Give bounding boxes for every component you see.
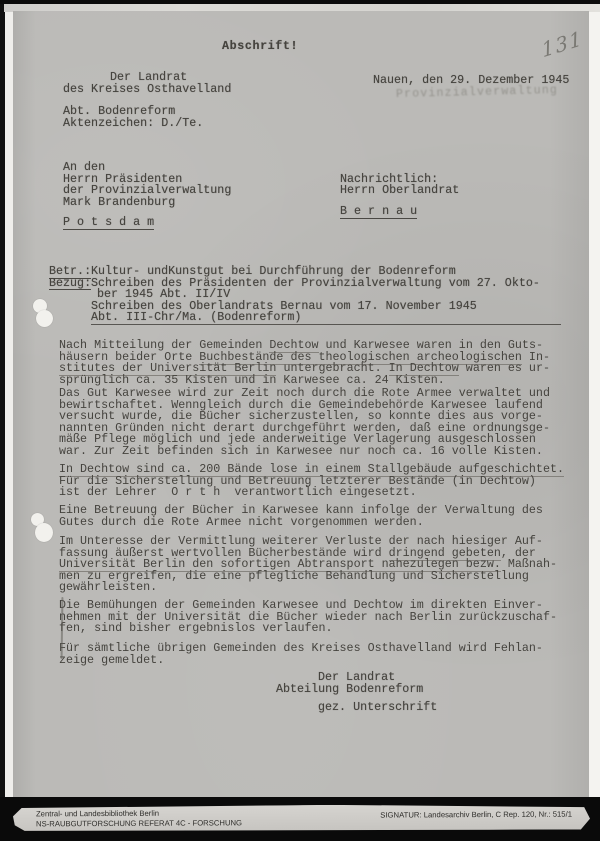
- cc-name: Herrn Oberlandrat: [340, 185, 459, 197]
- body-line: Gutes durch die Rote Armee nicht vorgeno…: [59, 517, 543, 529]
- cc-city: B e r n a u: [340, 206, 417, 219]
- sender-district: des Kreises Osthavelland: [63, 84, 231, 96]
- paragraph: Nach Mitteilung der Gemeinden Dechtow un…: [59, 340, 550, 386]
- body-line: fen, sind bisher ergebnislos verlaufen.: [59, 623, 557, 635]
- recipient-city: P o t s d a m: [63, 217, 154, 230]
- archive-footer-strip: Zentral- und Landesbibliothek Berlin NS-…: [13, 803, 590, 832]
- footer-department: NS-RAUBGUTFORSCHUNG REFERAT 4C - FORSCHU…: [36, 818, 242, 829]
- archive-footer-bar: Zentral- und Landesbibliothek Berlin NS-…: [0, 797, 600, 841]
- footer-signature-reference: SIGNATUR: Landesarchiv Berlin, C Rep. 12…: [380, 810, 572, 820]
- paragraph: Die Bemühungen der Gemeinden Karwesee un…: [59, 600, 557, 635]
- body-line: war. Zur Zeit befinden sich in Karwesee …: [59, 446, 550, 458]
- subject-bezug-line: Abt. III-Chr/Ma. (Bodenreform): [91, 312, 301, 324]
- typed-layer: Abschrift! Der Landrat des Kreises Ostha…: [0, 0, 600, 841]
- recipient-line: Mark Brandenburg: [63, 197, 175, 209]
- signature-department: Abteilung Bodenreform: [276, 684, 423, 696]
- paragraph: In Dechtow sind ca. 200 Bände lose in ei…: [59, 464, 564, 499]
- body-line: zeige gemeldet.: [59, 655, 543, 667]
- body-line: sprünglich ca. 35 Kisten und in Karwesee…: [59, 375, 550, 387]
- sender-file-reference: Aktenzeichen: D./Te.: [63, 118, 203, 130]
- scan-edge-top: [0, 0, 600, 4]
- document-heading: Abschrift!: [222, 41, 298, 53]
- body-line: ist der Lehrer O r t h verantwortlich ei…: [59, 487, 564, 499]
- paragraph: Eine Betreuung der Bücher in Karwesee ka…: [59, 505, 543, 528]
- paragraph: Im Unteresse der Vermittlung weiterer Ve…: [59, 536, 557, 594]
- subject-separator-rule: [91, 324, 561, 325]
- body-line: gewährleisten.: [59, 582, 557, 594]
- subject-bezug-label: Bezug:: [49, 278, 91, 291]
- signature-signed: gez. Unterschrift: [318, 702, 437, 714]
- paragraph: Das Gut Karwesee wird zur Zeit noch durc…: [59, 388, 550, 458]
- paragraph: Für sämtliche übrigen Gemeinden des Krei…: [59, 643, 543, 666]
- scanned-document-page: Abschrift! Der Landrat des Kreises Ostha…: [0, 0, 600, 841]
